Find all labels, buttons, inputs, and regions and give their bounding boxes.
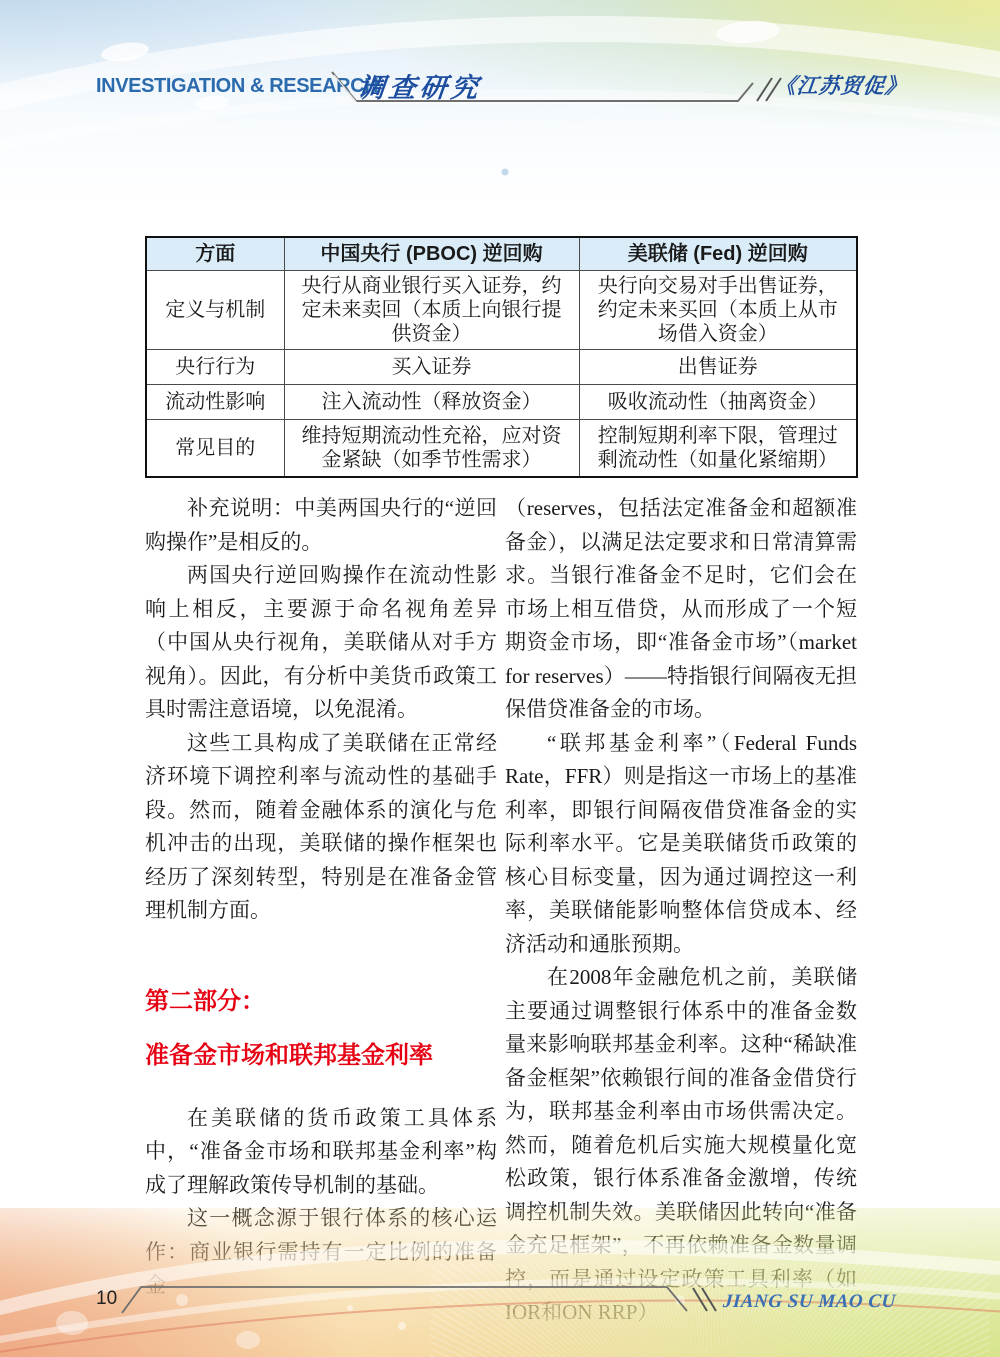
double-backslash-icon [693, 1288, 716, 1311]
journal-name-romanized: JIANG SU MAO CU [722, 1291, 896, 1313]
magazine-page: INVESTIGATION & RESEARCH 调查研究 《江苏贸促》 方面 … [0, 0, 1000, 1357]
page-number: 10 [96, 1288, 117, 1310]
footer-rule [0, 0, 1000, 1357]
